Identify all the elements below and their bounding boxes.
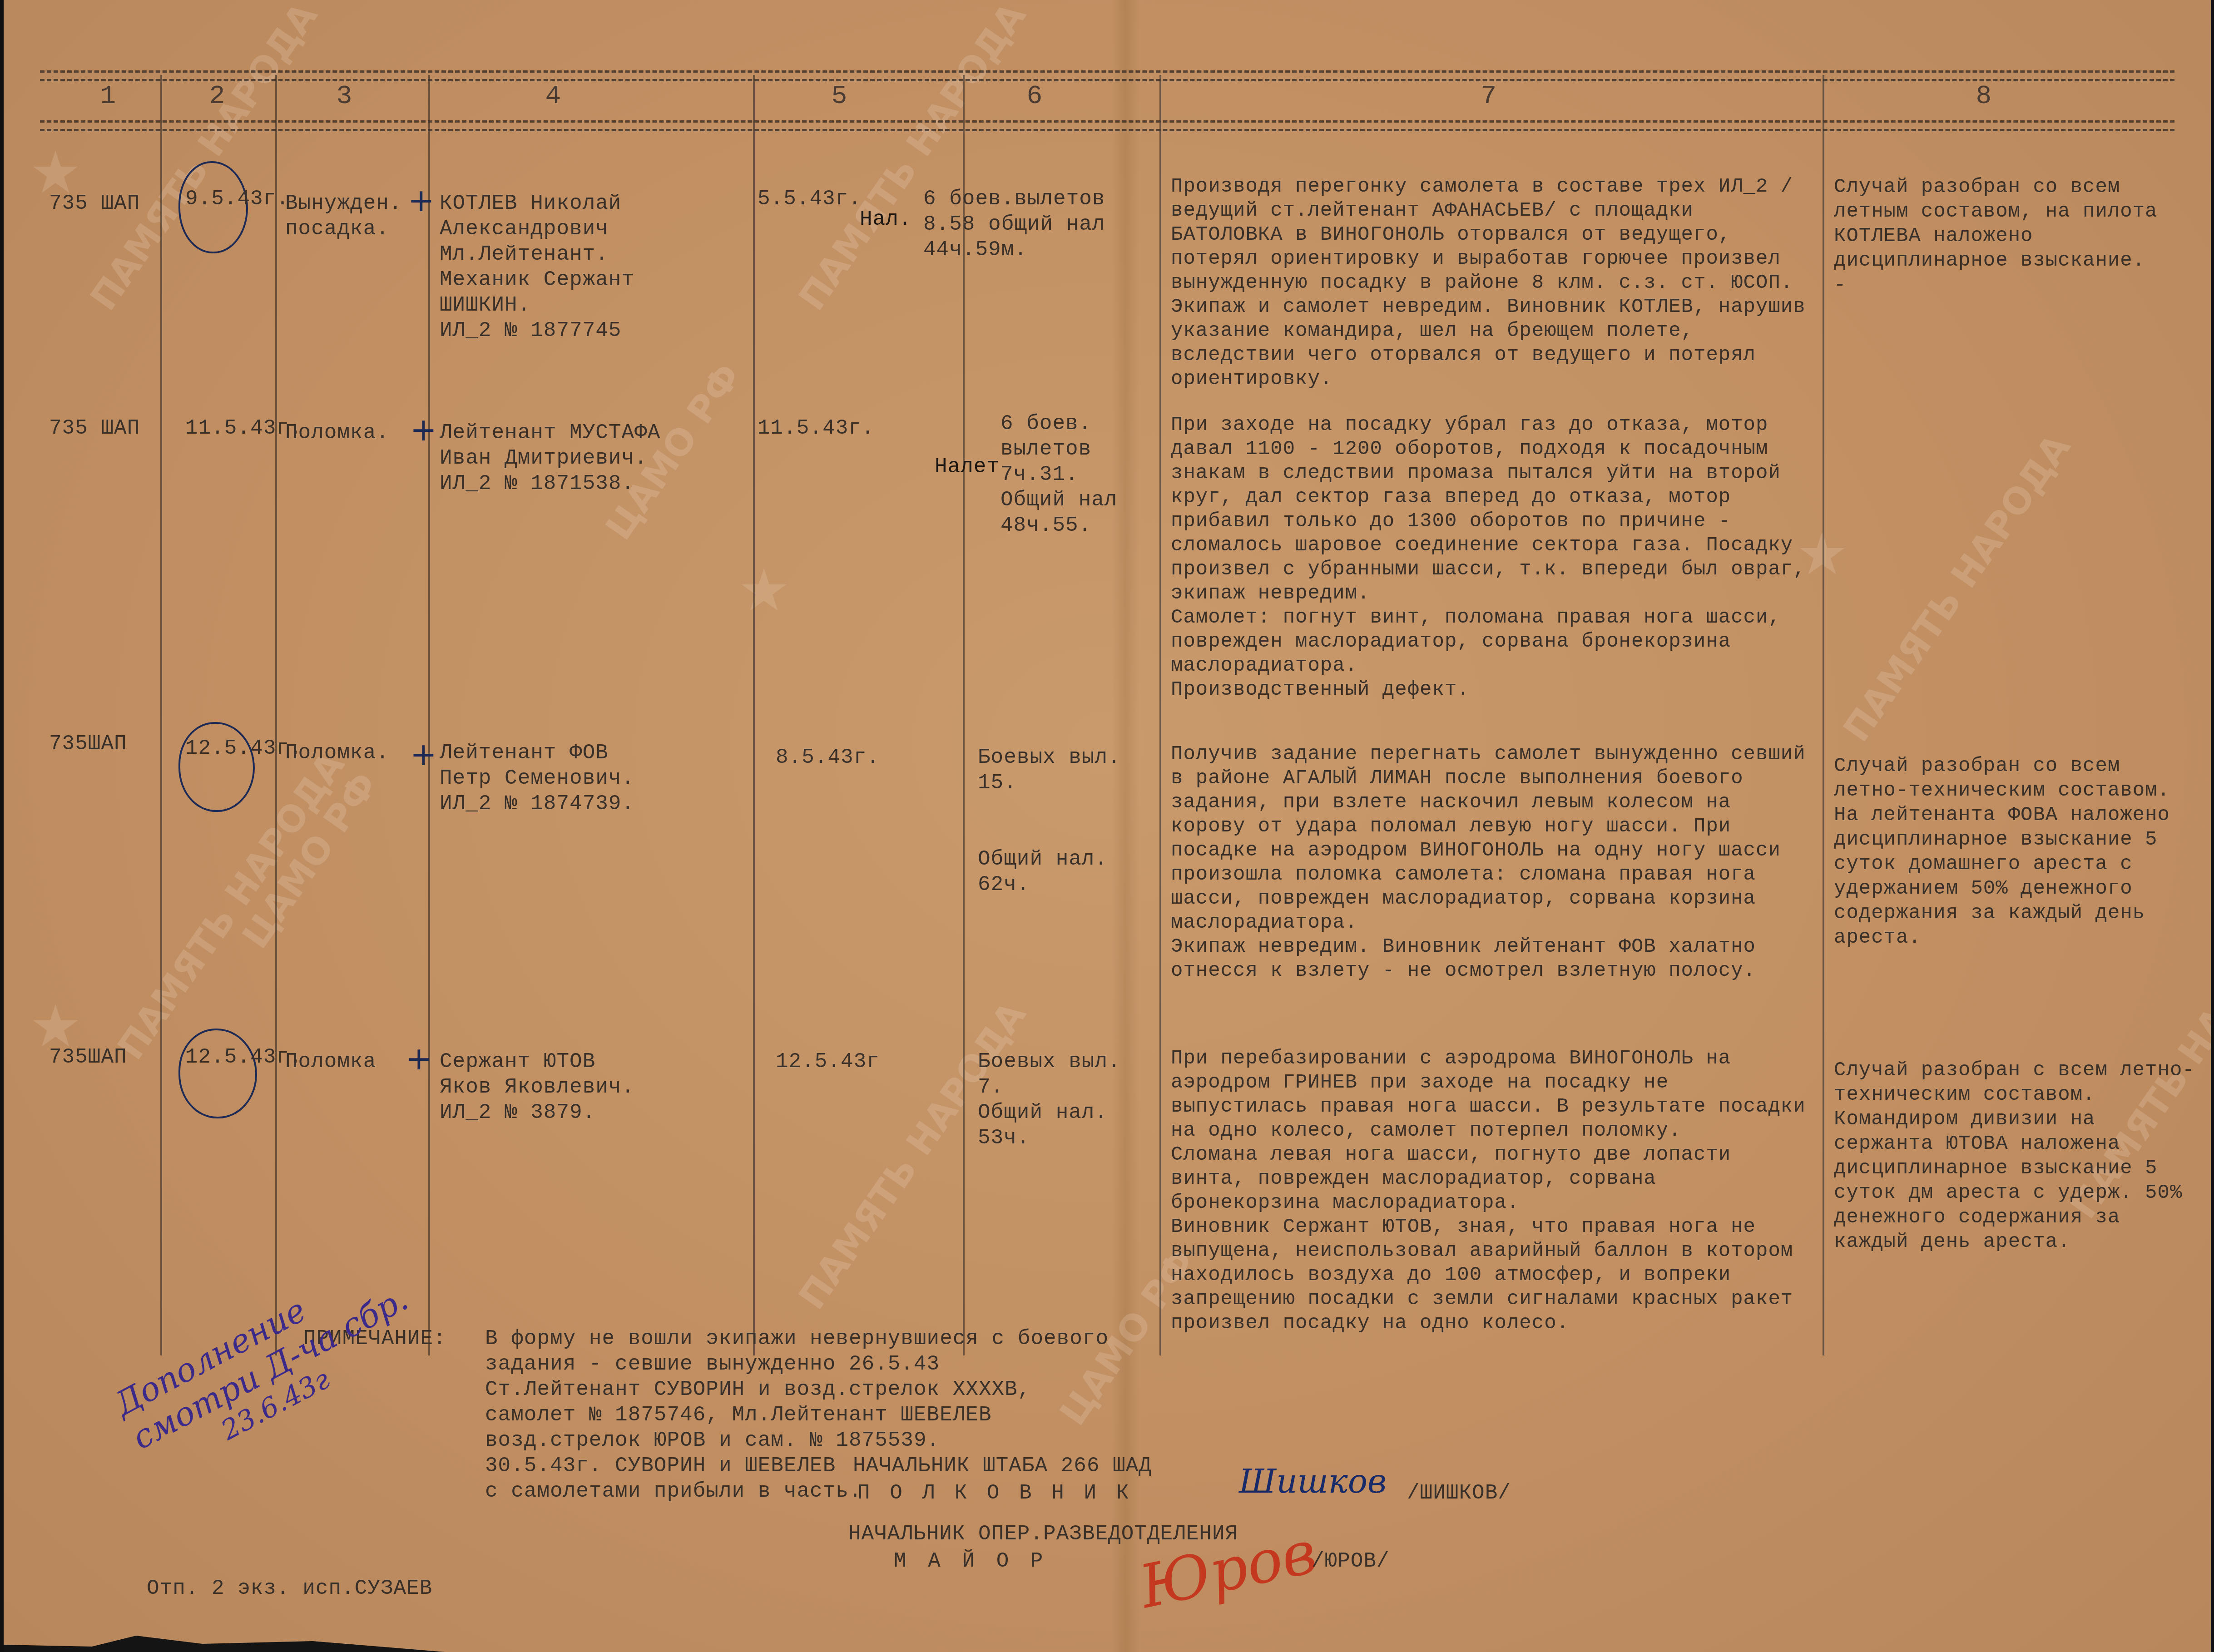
date-cell: 12.5.43г. [185,1044,244,1070]
column-number: 3 [322,82,367,111]
measures-cell: Случай разобран с всем летно-техническим… [1834,1058,2206,1254]
watermark: ПАМЯТЬ НАРОДА [791,0,1034,317]
crew-aircraft-cell: Сержант ЮТОВ Яков Яковлевич. ИЛ_2 № 3879… [440,1049,748,1125]
column-divider [963,75,965,1355]
date-cell: 9.5.43г. [185,186,244,212]
incident-type-cell: Поломка. [285,740,421,766]
signature-name: /ЮРОВ/ [1312,1548,1493,1574]
unit-cell: 735ШАП [49,731,158,757]
header-bottom-rule [40,120,2174,131]
unit-cell: 735 ШАП [49,415,158,441]
description-cell: Производя перегонку самолета в составе т… [1171,175,1816,391]
incident-type-cell: Вынужден. посадка. [285,191,421,242]
date-cell: 11.5.43г. [185,415,244,441]
signature-rank: М А Й О Р [894,1548,1121,1574]
measures-cell: Случай разобран со всем летно-технически… [1834,754,2206,950]
header-top-rule [40,70,2174,81]
column-number: 1 [85,82,131,111]
column-number: 7 [1466,82,1511,111]
watermark: ПАМЯТЬ НАРОДА [83,0,325,317]
footer-copies-line: Отп. 2 экз. исп.СУЗАЕВ [147,1576,555,1601]
signature-rank: П О Л К О В Н И К [857,1480,1266,1506]
description-cell: При перебазировании с аэродрома ВИНОГОНО… [1171,1047,1816,1335]
unit-cell: 735 ШАП [49,191,158,216]
flights-cell: 6 боев. вылетов 7ч.31. Общий нал 48ч.55. [1001,411,1155,538]
watermark: ПАМЯТЬ НАРОДА [1836,427,2078,749]
flights-cell: Боевых выл. 7. Общий нал. 53ч. [978,1049,1155,1151]
column-divider [753,75,755,1355]
checkmark-icon: + [406,1040,432,1077]
crew-aircraft-cell: Лейтенант ФОВ Петр Семенович. ИЛ_2 № 187… [440,740,748,816]
document-sheet: ПАМЯТЬ НАРОДА ПАМЯТЬ НАРОДА ПАМЯТЬ НАРОД… [4,0,2211,1652]
column-number: 4 [530,82,576,111]
flights-cell: Боевых выл. 15. Общий нал. 62ч. [978,745,1155,897]
signature-title: НАЧАЛЬНИК ШТАБА 266 ШАД [853,1453,1262,1479]
crew-aircraft-cell: КОТЛЕВ Николай Александрович Мл.Лейтенан… [440,191,748,343]
column-divider [428,75,430,1355]
star-icon: ★ [739,536,788,636]
description-cell: Получив задание перегнать самолет вынужд… [1171,742,1816,983]
checkmark-icon: + [408,182,435,219]
column-divider [1159,75,1161,1355]
column-divider [1823,75,1824,1355]
flight-hours-note: Нал. [860,207,919,232]
checkmark-icon: + [410,411,437,448]
column-divider [275,75,277,1355]
watermark: ПАМЯТЬ НАРОДА [791,995,1034,1317]
checkmark-icon: + [410,736,437,773]
column-number: 6 [1012,82,1057,111]
column-number: 5 [817,82,862,111]
flight-hours-note: Налет [935,454,1007,480]
crew-aircraft-cell: Лейтенант МУСТАФА Иван Дмитриевич. ИЛ_2 … [440,420,748,496]
date-col5-cell: 12.5.43г [776,1049,912,1074]
column-number: 8 [1961,82,2006,111]
date-col5-cell: 8.5.43г. [776,745,912,770]
column-divider [160,75,162,1355]
date-circle-mark [178,1029,257,1118]
flights-cell: 6 боев.вылетов 8.58 общий нал 44ч.59м. [923,186,1159,262]
description-cell: При заходе на посадку убрал газ до отказ… [1171,413,1816,702]
watermark: ЦАМО РФ [235,765,386,956]
incident-type-cell: Поломка [285,1049,412,1074]
incident-type-cell: Поломка. [285,420,421,445]
date-cell: 12.5.43г. [185,736,244,761]
measures-cell: Случай разобран со всем летным составом,… [1834,175,2206,297]
signature-name: /ШИШКОВ/ [1407,1480,1589,1506]
handwritten-signature: Шишков [1239,1462,1387,1500]
column-number: 2 [194,82,240,111]
handwritten-note: Дополнение смотри Д-ча сбр. 23.6.43г [108,1246,429,1485]
date-col5-cell: 11.5.43г. [758,415,894,441]
unit-cell: 735ШАП [49,1044,158,1070]
